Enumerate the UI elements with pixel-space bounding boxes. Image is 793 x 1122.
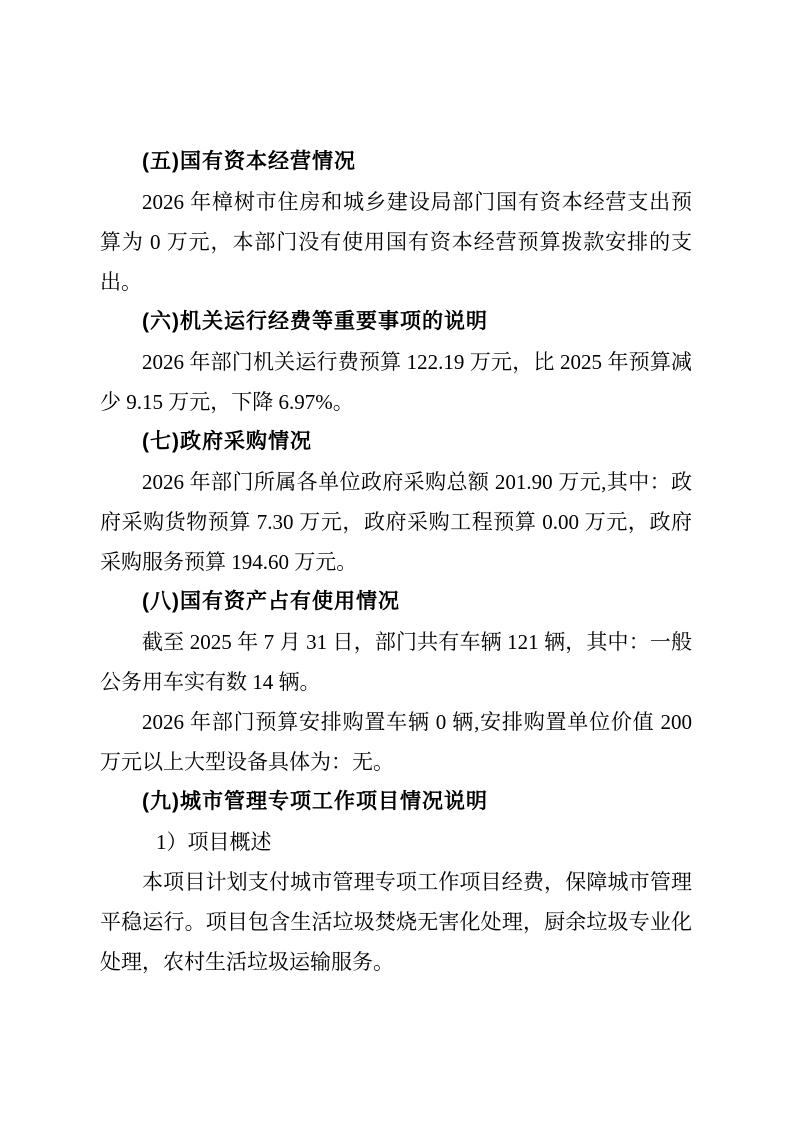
section-heading: (九)城市管理专项工作项目情况说明: [100, 782, 692, 822]
paragraph: 本项目计划支付城市管理专项工作项目经费，保障城市管理平稳运行。项目包含生活垃圾焚…: [100, 862, 692, 982]
paragraph: 2026 年樟树市住房和城乡建设局部门国有资本经营支出预算为 0 万元，本部门没…: [100, 182, 692, 302]
paragraph: 2026 年部门预算安排购置车辆 0 辆,安排购置单位价值 200 万元以上大型…: [100, 702, 692, 782]
paragraph: 2026 年部门所属各单位政府采购总额 201.90 万元,其中：政府采购货物预…: [100, 462, 692, 582]
subheading-project-overview: 1）项目概述: [100, 822, 692, 862]
document-page: (五)国有资本经营情况 2026 年樟树市住房和城乡建设局部门国有资本经营支出预…: [0, 0, 793, 1122]
section-heading: (八)国有资产占有使用情况: [100, 582, 692, 622]
paragraph: 截至 2025 年 7 月 31 日，部门共有车辆 121 辆，其中：一般公务用…: [100, 622, 692, 702]
section-heading: (七)政府采购情况: [100, 422, 692, 462]
document-content: (五)国有资本经营情况 2026 年樟树市住房和城乡建设局部门国有资本经营支出预…: [100, 142, 692, 982]
section-agency-operating-expenses: (六)机关运行经费等重要事项的说明 2026 年部门机关运行费预算 122.19…: [100, 302, 692, 422]
section-heading: (六)机关运行经费等重要事项的说明: [100, 302, 692, 342]
section-government-procurement: (七)政府采购情况 2026 年部门所属各单位政府采购总额 201.90 万元,…: [100, 422, 692, 582]
section-state-assets-usage: (八)国有资产占有使用情况 截至 2025 年 7 月 31 日，部门共有车辆 …: [100, 582, 692, 782]
section-heading: (五)国有资本经营情况: [100, 142, 692, 182]
section-state-capital-operation: (五)国有资本经营情况 2026 年樟树市住房和城乡建设局部门国有资本经营支出预…: [100, 142, 692, 302]
section-city-management-project: (九)城市管理专项工作项目情况说明 1）项目概述 本项目计划支付城市管理专项工作…: [100, 782, 692, 982]
paragraph: 2026 年部门机关运行费预算 122.19 万元，比 2025 年预算减少 9…: [100, 342, 692, 422]
